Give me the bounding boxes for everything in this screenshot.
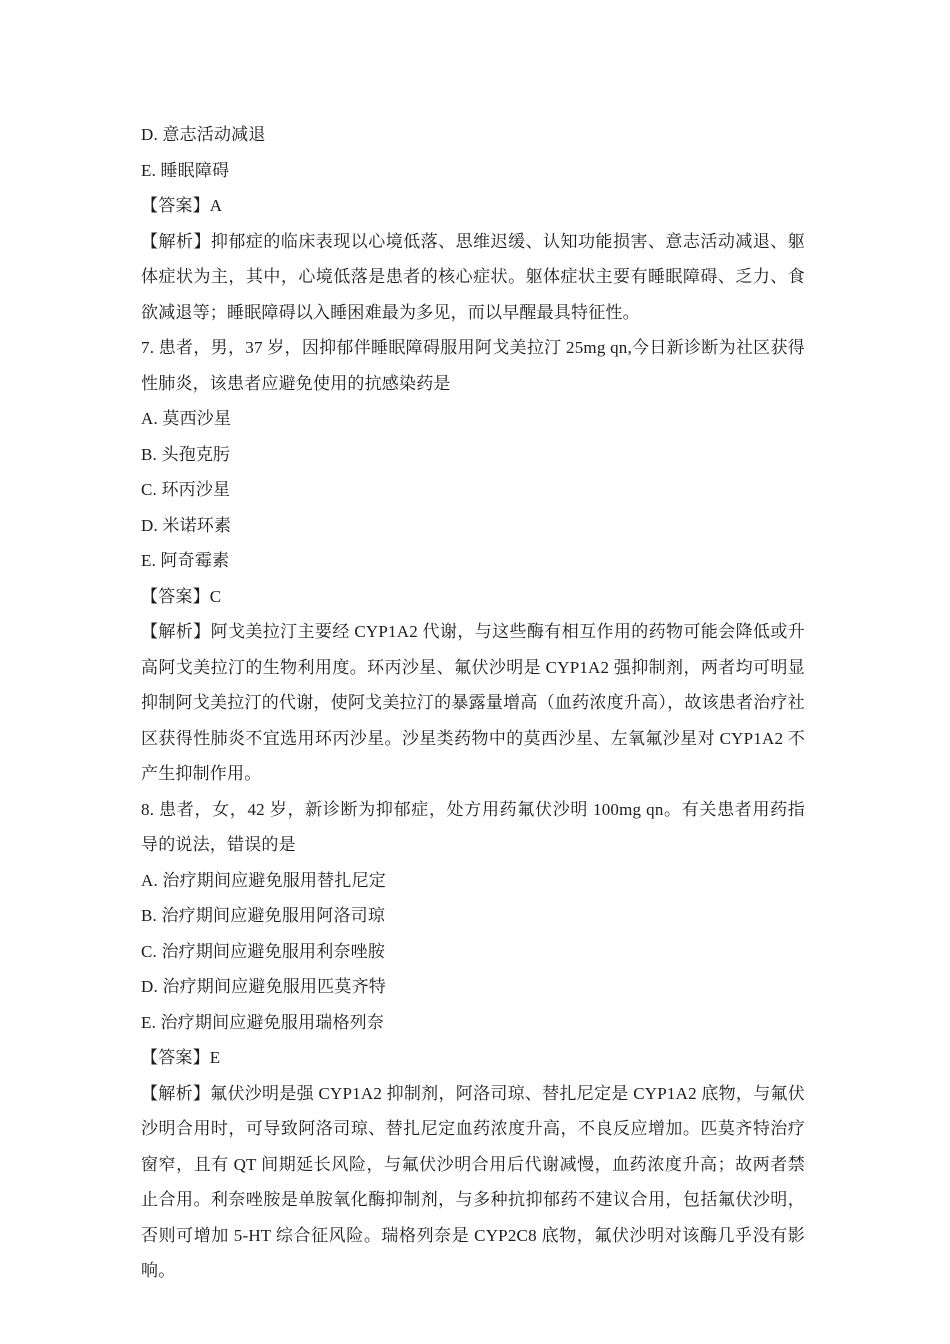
question-7-stem: 7. 患者，男，37 岁，因抑郁伴睡眠障碍服用阿戈美拉汀 25mg qn,今日新… bbox=[141, 330, 805, 401]
question-7-option-c: C. 环丙沙星 bbox=[141, 472, 805, 508]
question-8-stem: 8. 患者，女，42 岁，新诊断为抑郁症，处方用药氟伏沙明 100mg qn。有… bbox=[141, 792, 805, 863]
question-8-option-e: E. 治疗期间应避免服用瑞格列奈 bbox=[141, 1005, 805, 1041]
question-7-option-d: D. 米诺环素 bbox=[141, 508, 805, 544]
prev-question-answer: 【答案】A bbox=[141, 188, 805, 224]
question-7-option-a: A. 莫西沙星 bbox=[141, 401, 805, 437]
prev-question-option-d: D. 意志活动减退 bbox=[141, 117, 805, 153]
question-8-analysis: 【解析】氟伏沙明是强 CYP1A2 抑制剂，阿洛司琼、替扎尼定是 CYP1A2 … bbox=[141, 1076, 805, 1289]
question-8-option-c: C. 治疗期间应避免服用利奈唑胺 bbox=[141, 934, 805, 970]
question-7-answer: 【答案】C bbox=[141, 579, 805, 615]
prev-question-analysis: 【解析】抑郁症的临床表现以心境低落、思维迟缓、认知功能损害、意志活动减退、躯体症… bbox=[141, 224, 805, 331]
question-7-analysis: 【解析】阿戈美拉汀主要经 CYP1A2 代谢，与这些酶有相互作用的药物可能会降低… bbox=[141, 614, 805, 792]
question-7-option-b: B. 头孢克肟 bbox=[141, 437, 805, 473]
question-8-answer: 【答案】E bbox=[141, 1040, 805, 1076]
question-8-option-a: A. 治疗期间应避免服用替扎尼定 bbox=[141, 863, 805, 899]
question-8-option-b: B. 治疗期间应避免服用阿洛司琼 bbox=[141, 898, 805, 934]
question-7-option-e: E. 阿奇霉素 bbox=[141, 543, 805, 579]
document-body: D. 意志活动减退 E. 睡眠障碍 【答案】A 【解析】抑郁症的临床表现以心境低… bbox=[141, 117, 805, 1289]
question-8-option-d: D. 治疗期间应避免服用匹莫齐特 bbox=[141, 969, 805, 1005]
document-page: D. 意志活动减退 E. 睡眠障碍 【答案】A 【解析】抑郁症的临床表现以心境低… bbox=[0, 0, 950, 1344]
prev-question-option-e: E. 睡眠障碍 bbox=[141, 153, 805, 189]
